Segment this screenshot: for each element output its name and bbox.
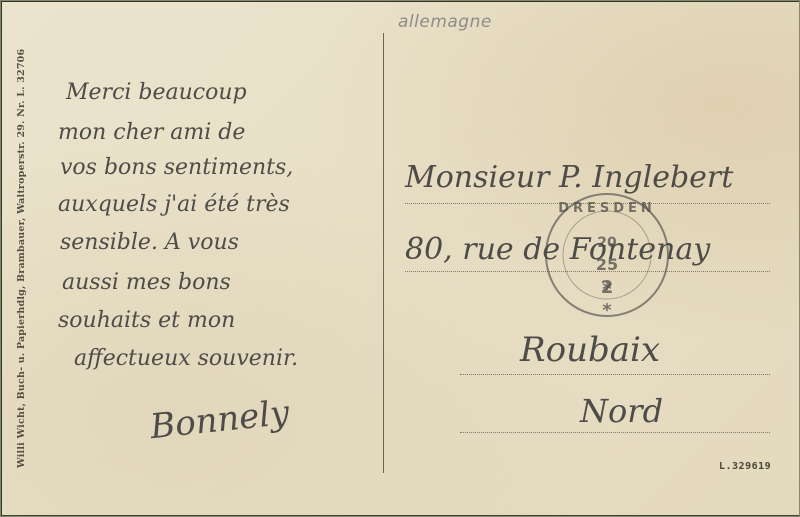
serial-number: L.329619 <box>719 461 771 472</box>
message-line: sensible. A vous <box>60 230 239 255</box>
address-line-name: Monsieur P. Inglebert <box>405 160 733 195</box>
postmark-stars-icon: * * <box>547 279 667 321</box>
message-line: mon cher ami de <box>58 120 245 145</box>
message-line: vos bons sentiments, <box>60 155 293 180</box>
message-line: auxquels j'ai été très <box>58 192 290 217</box>
address-line-region: Nord <box>580 392 663 430</box>
pencil-note: allemagne <box>398 12 492 32</box>
postcard: Willi Wicht, Buch- u. Papierhdlg, Bramba… <box>0 0 800 517</box>
address-dotted-line <box>460 374 770 375</box>
address-line-street: 80, rue de Fontenay <box>405 232 710 267</box>
publisher-imprint: Willi Wicht, Buch- u. Papierhdlg, Bramba… <box>16 49 27 468</box>
message-line: souhaits et mon <box>58 308 235 333</box>
postmark-city: DRESDEN <box>547 201 667 216</box>
message-line: aussi mes bons <box>62 270 231 295</box>
message-line: affectueux souvenir. <box>74 346 298 371</box>
center-divider-line <box>383 33 384 473</box>
address-line-city: Roubaix <box>520 330 660 370</box>
message-line: Merci beaucoup <box>66 80 247 105</box>
signature: Bonnely <box>148 393 291 447</box>
address-dotted-line <box>460 432 770 433</box>
